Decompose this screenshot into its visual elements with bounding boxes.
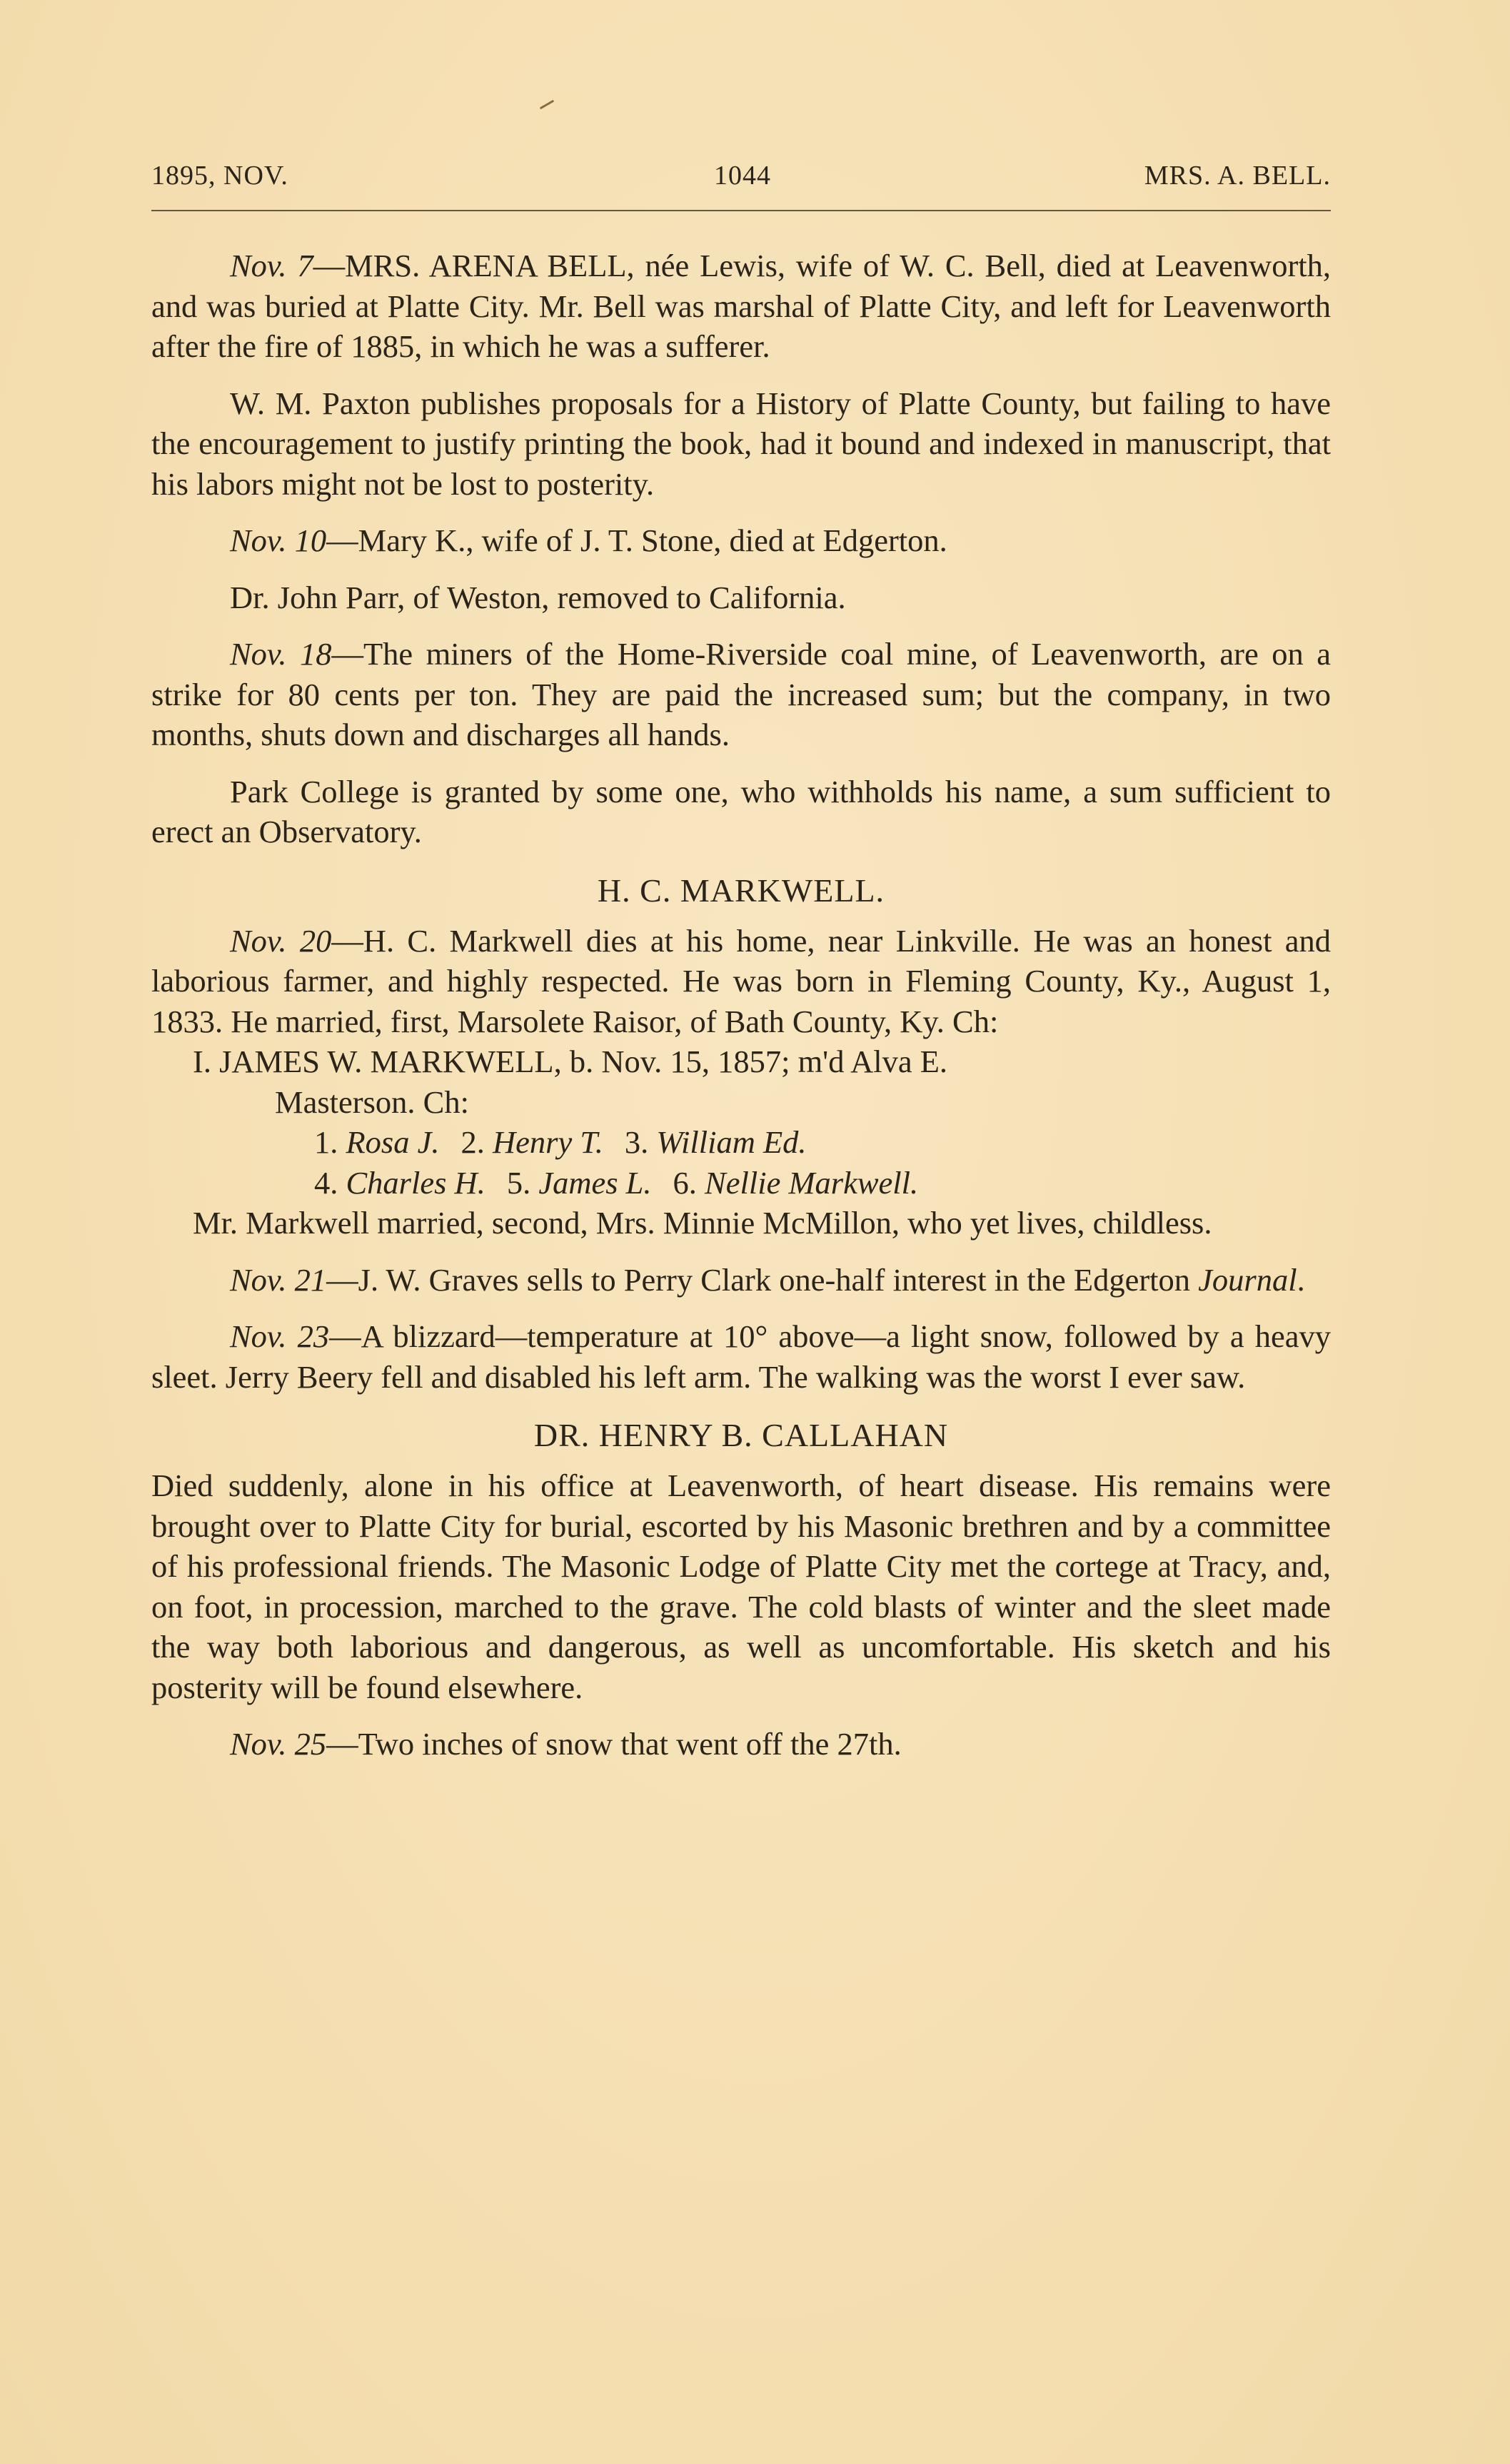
entry-date: Nov. 10 [230,522,326,558]
grandchild-number: 3. [625,1124,648,1160]
grandchild-number: 2. [461,1124,485,1160]
section-heading-callahan: DR. HENRY B. CALLAHAN [151,1415,1331,1455]
grandchild-name: William Ed. [656,1124,806,1160]
entry-park-college: Park College is granted by some one, who… [151,772,1331,852]
entry-text: Died suddenly, alone in his office at Le… [151,1468,1331,1705]
page-body: Nov. 7—MRS. ARENA BELL, née Lewis, wife … [151,246,1331,1764]
grandchild-name: Rosa J. [346,1124,440,1160]
entry-date: Nov. 20 [230,923,331,959]
entry-nov-23: Nov. 23—A blizzard—temperature at 10° ab… [151,1316,1331,1397]
entry-nov-21: Nov. 21—J. W. Graves sells to Perry Clar… [151,1260,1331,1301]
grandchild-number: 4. [314,1165,338,1201]
child-entry-continuation: Masterson. Ch: [151,1082,1331,1123]
entry-text: W. M. Paxton publishes proposals for a H… [151,385,1331,502]
entry-nov-18: Nov. 18—The miners of the Home-Riverside… [151,634,1331,755]
entry-nov-20: Nov. 20—H. C. Markwell dies at his home,… [151,921,1331,1042]
entry-paxton: W. M. Paxton publishes proposals for a H… [151,383,1331,505]
entry-text: —Mary K., wife of J. T. Stone, died at E… [326,522,947,558]
grandchild-name: Henry T. [493,1124,603,1160]
entry-callahan: Died suddenly, alone in his office at Le… [151,1465,1331,1707]
entry-date: Nov. 21 [230,1262,326,1298]
grandchildren-row-1: 1. Rosa J.2. Henry T.3. William Ed. [151,1122,1331,1163]
entry-date: Nov. 7 [230,248,313,283]
newspaper-title: Journal [1198,1262,1297,1298]
grandchild-number: 5. [507,1165,530,1201]
entry-text: —J. W. Graves sells to Perry Clark one-h… [326,1262,1198,1298]
running-head: 1895, NOV. 1044 MRS. A. BELL. [151,157,1331,194]
entry-text: Park College is granted by some one, who… [151,774,1331,850]
entry-date: Nov. 23 [230,1318,329,1354]
grandchild-number: 6. [673,1165,697,1201]
grandchildren-row-2: 4. Charles H.5. James L.6. Nellie Markwe… [151,1163,1331,1203]
running-head-title: MRS. A. BELL. [1144,157,1331,194]
section-heading-markwell: H. C. MARKWELL. [151,871,1331,911]
child-entry-james: I. JAMES W. MARKWELL, b. Nov. 15, 1857; … [151,1041,1331,1082]
entry-text-end: . [1297,1262,1305,1298]
grandchild-name: James L. [538,1165,651,1201]
entry-date: Nov. 18 [230,636,332,672]
entry-date: Nov. 25 [230,1726,326,1762]
paper-speck [540,100,555,110]
entry-text: Mr. Markwell married, second, Mrs. Minni… [193,1205,1212,1241]
grandchild-name: Nellie Markwell. [705,1165,918,1201]
book-page: 1895, NOV. 1044 MRS. A. BELL. Nov. 7—MRS… [151,157,1331,1781]
running-head-date: 1895, NOV. [151,157,288,194]
entry-text: —Two inches of snow that went off the 27… [326,1726,902,1762]
entry-text: Dr. John Parr, of Weston, removed to Cal… [230,580,846,615]
grandchild-name: Charles H. [346,1165,485,1201]
entry-parr: Dr. John Parr, of Weston, removed to Cal… [151,577,1331,618]
entry-text: —MRS. ARENA BELL, née Lewis, wife of W. … [151,248,1331,364]
entry-second-marriage: Mr. Markwell married, second, Mrs. Minni… [151,1203,1331,1243]
entry-nov-25: Nov. 25—Two inches of snow that went off… [151,1724,1331,1764]
entry-nov-10: Nov. 10—Mary K., wife of J. T. Stone, di… [151,520,1331,561]
grandchild-number: 1. [314,1124,338,1160]
page-number: 1044 [714,157,771,194]
entry-nov-7: Nov. 7—MRS. ARENA BELL, née Lewis, wife … [151,246,1331,367]
header-rule [151,210,1331,211]
